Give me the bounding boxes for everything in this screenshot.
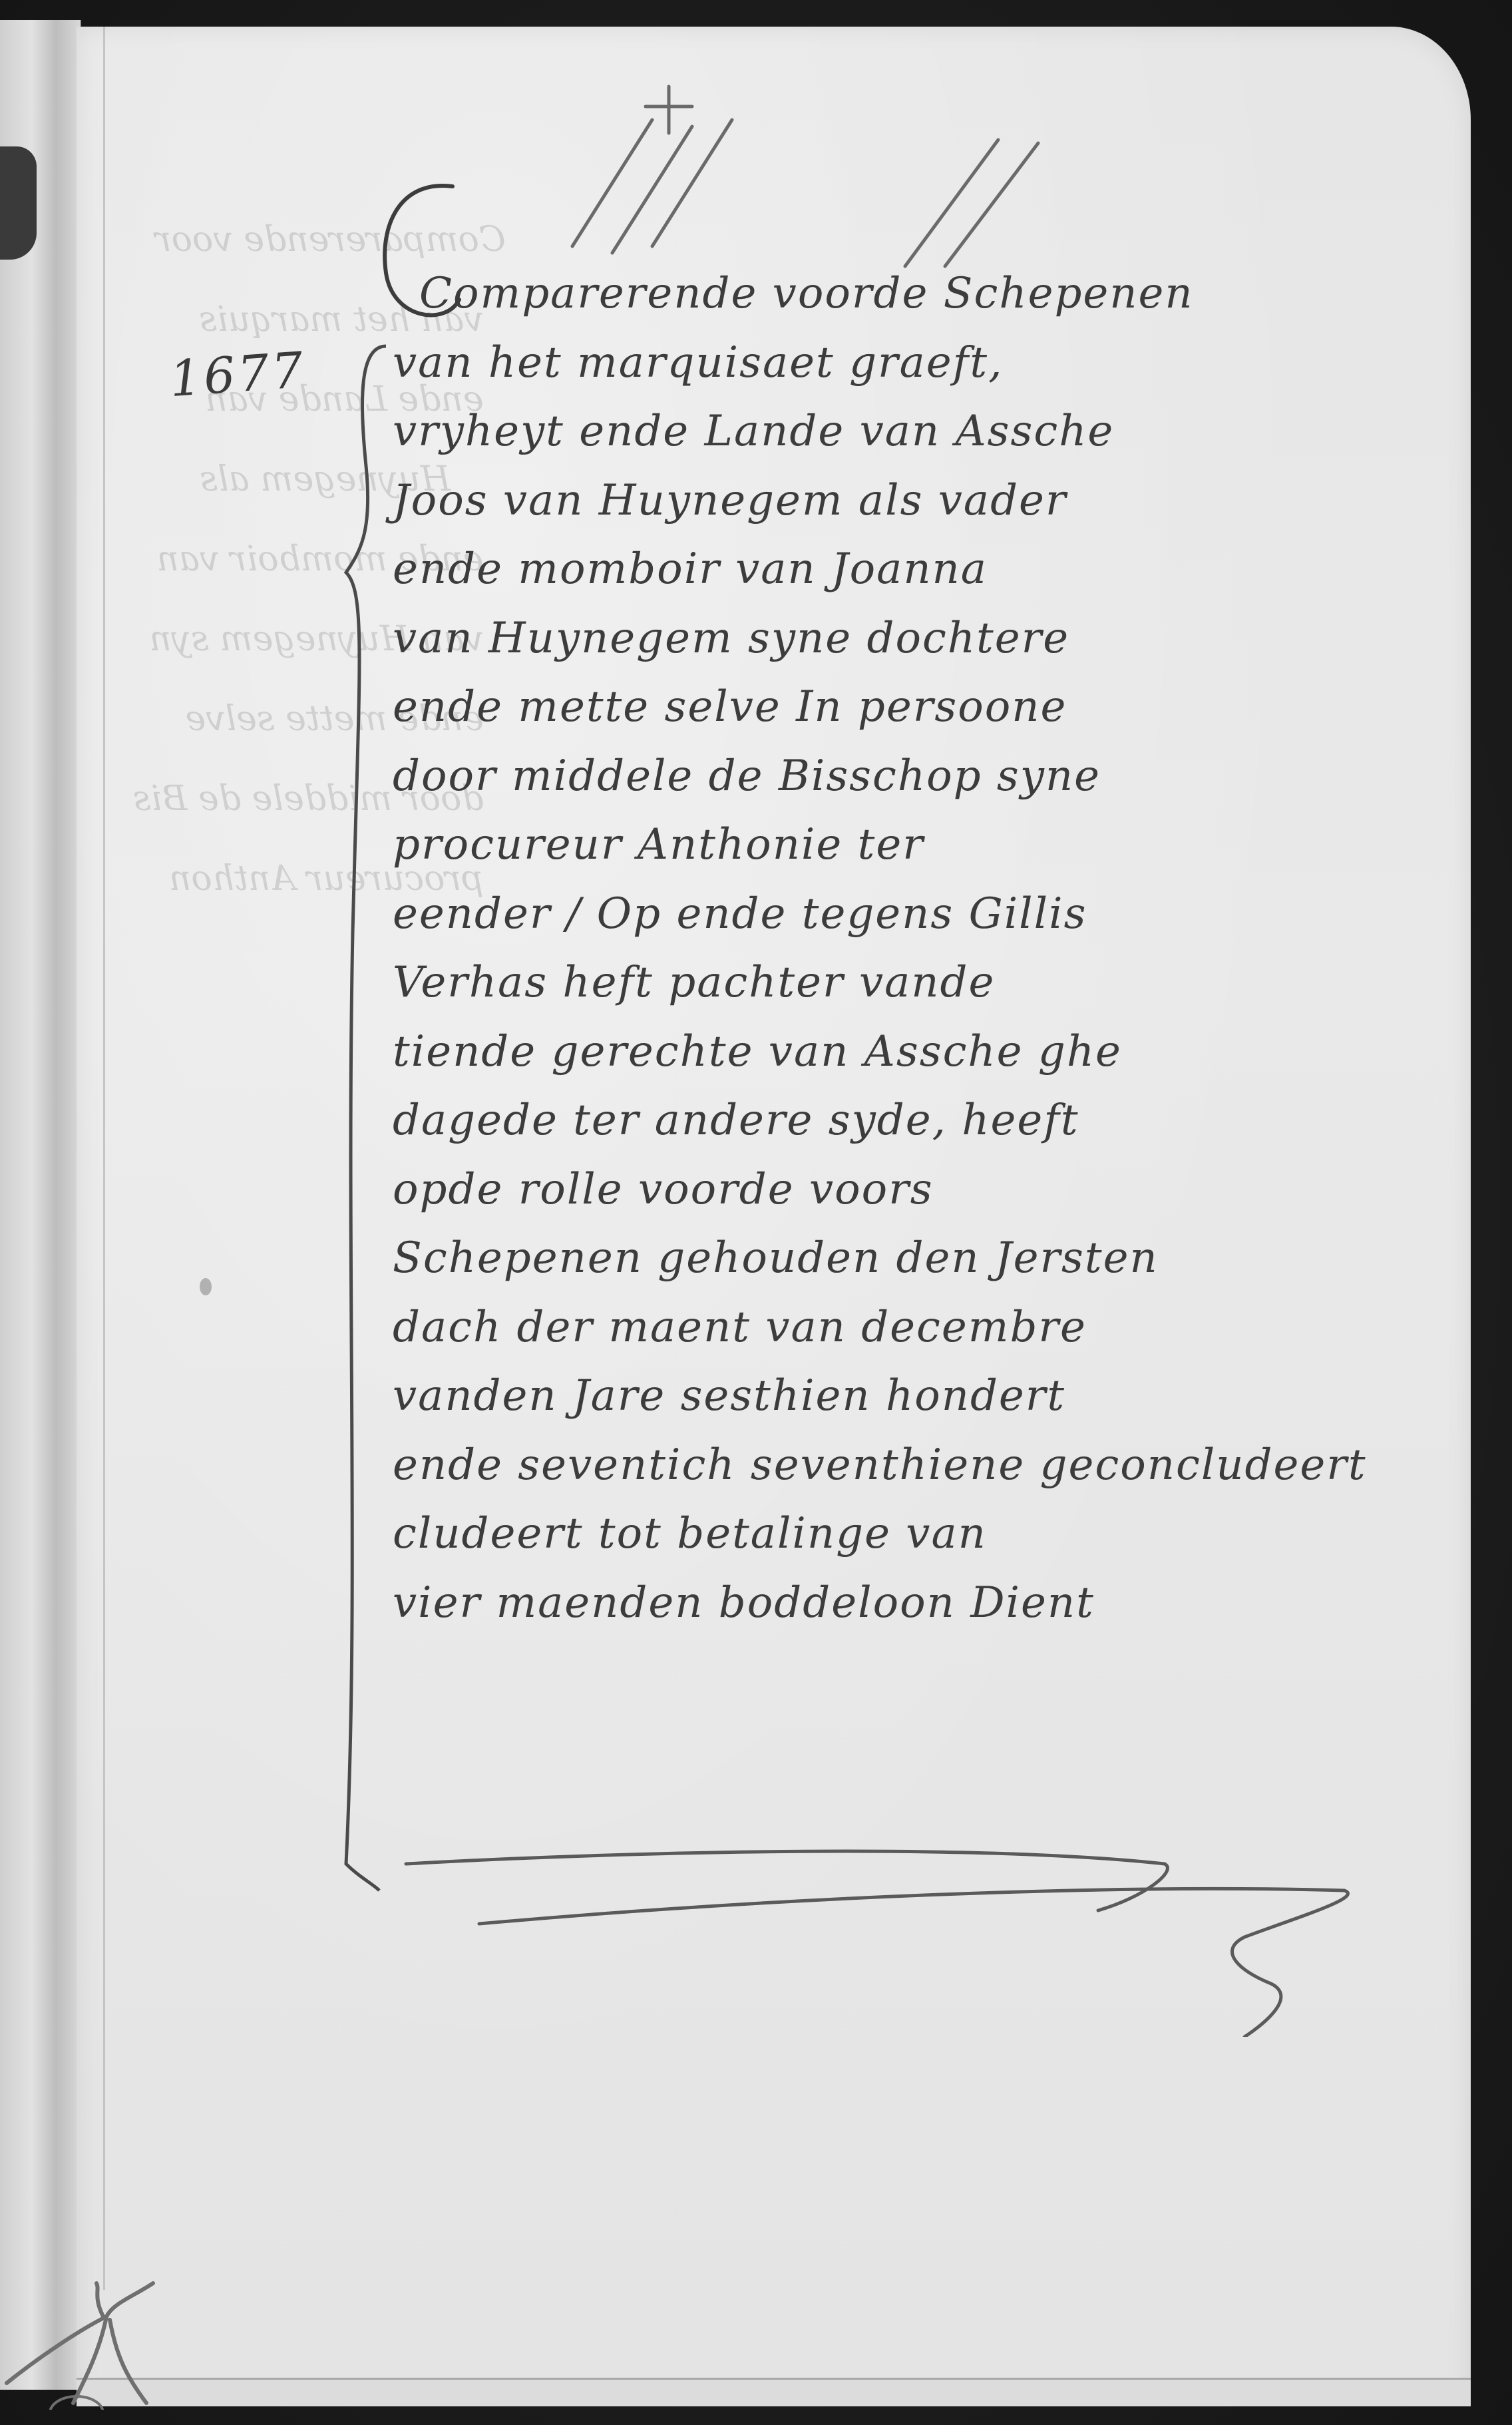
text-line: Schepenen gehouden den Jersten [393,1224,1471,1293]
text-line: ende mette selve In persoone [393,673,1471,742]
text-line: Joos van Huynegem als vader [393,467,1471,536]
signature-flourish-icon [379,1824,1444,2037]
binding-strip [0,20,81,2390]
text-line: Comparerende voorde Schepenen [393,260,1471,329]
text-line: van het marquisaet graeft, [393,329,1471,398]
text-line: van Huynegem syne dochtere [393,604,1471,674]
tally-marks-icon [532,80,1198,280]
binding-tear [0,146,37,260]
text-line: Verhas heft pachter vande [393,949,1471,1018]
text-line: procureur Anthonie ter [393,811,1471,880]
text-line: vanden Jare sesthien hondert [393,1362,1471,1431]
fold-line [103,27,105,2290]
text-line: tiende gerechte van Assche ghe [393,1018,1471,1087]
text-line: cludeert tot betalinge van [393,1500,1471,1569]
text-line: dach der maent van decembre [393,1293,1471,1363]
manuscript-body: Comparerende voorde Schepenen van het ma… [393,260,1471,1638]
text-line: eender / Op ende tegens Gillis [393,880,1471,949]
text-line: ende seventich seventhiene geconcludeert [393,1431,1471,1500]
text-line: dagede ter andere syde, heeft [393,1086,1471,1156]
text-line: ende momboir van Joanna [393,535,1471,604]
text-line: vier maenden boddeloon Dient [393,1569,1471,1638]
text-line: vryheyt ende Lande van Assche [393,397,1471,467]
text-line: opde rolle voorde voors [393,1156,1471,1225]
margin-year: 1677 [168,341,307,408]
left-bracket-icon [319,333,399,1904]
binding-thread-icon [0,2197,220,2410]
text-line: door middele de Bisschop syne [393,742,1471,811]
ink-blot [200,1278,212,1295]
